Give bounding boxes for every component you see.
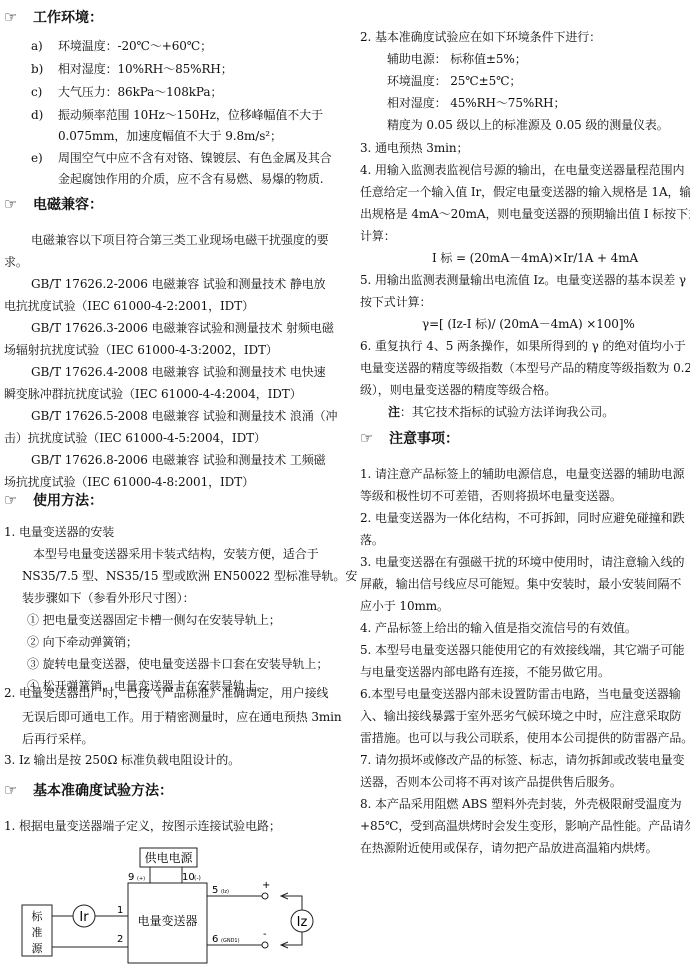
terminal-5: 5 — [212, 885, 218, 896]
env-item-b-text: 相对湿度：10%RH～85%RH； — [58, 61, 233, 77]
pointing-hand-icon: ☞ — [4, 492, 24, 508]
ir-meter-label: Ir — [79, 910, 89, 925]
note-item-5: 5. 本型号电量变送器只能使用它的有效接线端，其它端子可能 — [360, 642, 684, 658]
accuracy-item-6-cont-2: 级），则电量变送器的精度等级合格。 — [360, 382, 556, 398]
terminal-5-sub: (Iz) — [221, 889, 229, 895]
accuracy-item-3: 3. 通电预热 3min； — [360, 140, 468, 156]
emc-standard-2-cont: 场辐射抗扰度试验（IEC 61000-4-3:2002，IDT） — [4, 342, 278, 358]
note-item-7: 7. 请勿损坏或修改产品的标签、标志，请勿拆卸或改装电量变 — [360, 752, 684, 768]
accuracy-condition-2: 环境温度： 25℃±5℃； — [387, 73, 521, 89]
usage-item-2-cont: 无误后即可通电工作。用于精密测量时，应在通电预热 3min — [22, 709, 342, 725]
env-item-c-text: 大气压力：86kPa～108kPa； — [58, 84, 222, 100]
note-item-6-cont-1: 入、输出接线暴露于室外恶劣气候环境之中时，应注意采取防 — [360, 708, 681, 724]
accuracy-item-4-cont-1: 任意给定一个输入值 Ir，假定电量变送器的输入规格是 1A，输 — [360, 184, 690, 200]
emc-standard-1-cont: 电抗扰度试验（IEC 61000-4-2:2001，IDT） — [4, 298, 254, 314]
note-label: 注 — [388, 405, 400, 419]
section-notes-heading: ☞注意事项： — [360, 430, 459, 447]
env-item-c: c) — [31, 84, 42, 100]
section-env-heading: ☞工作环境： — [4, 9, 103, 26]
source-label-2: 准 — [32, 925, 43, 939]
accuracy-item-4-cont-3: 计算： — [360, 228, 396, 244]
section-emc-heading: ☞电磁兼容： — [4, 196, 103, 213]
pointing-hand-icon: ☞ — [4, 782, 24, 798]
accuracy-item-6-cont-1: 电量变送器的精度等级指数（本型号产品的精度等级指数为 0.2 — [360, 360, 690, 376]
accuracy-item-6: 6. 重复执行 4、5 两条操作，如果所得到的 γ 的绝对值均小于 — [360, 338, 686, 354]
env-item-e-text-2: 金起腐蚀作用的介质，应不含有易燃、易爆的物质. — [58, 171, 324, 187]
test-circuit-diagram: 供电电源 电量变送器 9 (+) 10 (-) 5 (Iz) 6 (GND1) … — [0, 840, 345, 968]
env-item-a-text: 环境温度：-20℃～+60℃； — [58, 38, 212, 54]
emc-standard-5: GB/T 17626.8-2006 电磁兼容 试验和测量技术 工频磁 — [31, 452, 326, 468]
section-accuracy-heading: ☞基本准确度试验方法： — [4, 782, 173, 799]
note-text: ：其它技术指标的试验方法详询我公司。 — [400, 405, 614, 419]
section-title: 使用方法： — [33, 493, 103, 509]
accuracy-condition-4: 精度为 0.05 级以上的标准源及 0.05 级的测量仪表。 — [387, 117, 669, 133]
note-item-8-cont-2: 在热源附近使用或保存，请勿把产品放进高温箱内烘烤。 — [360, 840, 658, 856]
note-item-8-cont-1: +85℃，受到高温烘烤时会发生变形，影响产品性能。产品请勿 — [360, 818, 690, 834]
env-item-e: e) — [31, 150, 43, 166]
note-item-2: 2. 电量变送器为一体化结构，不可拆卸，同时应避免碰撞和跌 — [360, 510, 684, 526]
usage-item-3: 3. Iz 输出是按 250Ω 标准负载电阻设计的。 — [4, 752, 240, 768]
accuracy-note: 注：其它技术指标的试验方法详询我公司。 — [388, 404, 614, 420]
terminal-10-sign: (-) — [194, 875, 201, 882]
pointing-hand-icon: ☞ — [360, 430, 380, 446]
note-item-8: 8. 本产品采用阻燃 ABS 塑料外壳封装，外壳极限耐受温度为 — [360, 796, 682, 812]
emc-standard-4-cont: 击）抗扰度试验（IEC 61000-4-5:2004，IDT） — [4, 430, 266, 446]
pointing-hand-icon: ☞ — [4, 196, 24, 212]
terminal-6-sub: (GND1) — [221, 938, 240, 944]
terminal-10: 10 — [182, 872, 195, 883]
accuracy-item-5: 5. 用输出监测表测量输出电流值 Iz。电量变送器的基本误差 γ — [360, 272, 686, 288]
source-label-1: 标 — [32, 909, 44, 923]
formula-basic-error: γ=[ (Iz-I 标)/ (20mA－4mA) ×100]% — [422, 316, 635, 332]
usage-install-title: 1. 电量变送器的安装 — [4, 524, 114, 540]
usage-item-2-cont-2: 后再行采样。 — [22, 731, 93, 747]
pointing-hand-icon: ☞ — [4, 9, 24, 25]
accuracy-item-5-cont: 按下式计算： — [360, 294, 431, 310]
terminal-1: 1 — [117, 905, 123, 916]
emc-standard-2: GB/T 17626.3-2006 电磁兼容试验和测量技术 射频电磁 — [31, 320, 334, 336]
note-item-3-cont-2: 应小于 10mm。 — [360, 598, 449, 614]
usage-step-2: ② 向下牵动弹簧销； — [27, 634, 138, 650]
accuracy-condition-1: 辅助电源： 标称值±5%； — [387, 51, 527, 67]
emc-standard-3-cont: 瞬变脉冲群抗扰度试验（IEC 61000-4-4:2004，IDT） — [4, 386, 302, 402]
transmitter-label: 电量变送器 — [137, 913, 197, 928]
accuracy-item-2: 2. 基本准确度试验应在如下环境条件下进行： — [360, 29, 601, 45]
note-item-4: 4. 产品标签上给出的输入值是指交流信号的有效值。 — [360, 620, 637, 636]
iz-meter-label: Iz — [297, 915, 308, 930]
env-item-d-text: 振动频率范围 10Hz～150Hz，位移峰幅值不大于 — [58, 107, 323, 123]
minus-sign: - — [263, 929, 267, 940]
accuracy-item-4: 4. 用输入监测表监视信号源的输出，在电量变送器量程范围内 — [360, 162, 684, 178]
note-item-6-cont-2: 雷措施。也可以与我公司联系，使用本公司提供的防雷器产品。 — [360, 730, 690, 746]
note-item-5-cont: 与电量变送器内部电路有连接，不能另做它用。 — [360, 664, 610, 680]
terminal-6: 6 — [212, 934, 218, 945]
section-title: 电磁兼容： — [33, 197, 103, 213]
env-item-a: a) — [31, 38, 43, 54]
note-item-1: 1. 请注意产品标签上的辅助电源信息，电量变送器的辅助电源 — [360, 466, 684, 482]
accuracy-item-4-cont-2: 出规格是 4mA～20mA，则电量变送器的预期输出值 I 标按下式 — [360, 206, 690, 222]
env-item-d: d) — [31, 107, 43, 123]
accuracy-condition-3: 相对湿度： 45%RH～75%RH； — [387, 95, 565, 111]
env-item-b: b) — [31, 61, 43, 77]
power-supply-label: 供电电源 — [144, 850, 193, 865]
section-title: 工作环境： — [33, 10, 103, 26]
emc-intro-2: 求。 — [4, 254, 28, 270]
accuracy-item-1: 1. 根据电量变送器端子定义，按图示连接试验电路； — [4, 818, 281, 834]
emc-standard-5-cont: 场抗扰度试验（IEC 61000-4-8:2001，IDT） — [4, 474, 254, 490]
emc-intro: 电磁兼容以下项目符合第三类工业现场电磁干扰强度的要 — [31, 232, 329, 248]
note-item-3: 3. 电量变送器在有强磁干扰的环境中使用时，请注意输入线的 — [360, 554, 684, 570]
note-item-7-cont: 送器，否则本公司将不再对该产品提供售后服务。 — [360, 774, 622, 790]
emc-standard-3: GB/T 17626.4-2008 电磁兼容 试验和测量技术 电快速 — [31, 364, 326, 380]
usage-step-1: ① 把电量变送器固定卡槽一侧勾在安装导轨上； — [27, 612, 281, 628]
section-title: 注意事项： — [389, 431, 459, 447]
source-label-3: 源 — [32, 942, 44, 955]
section-usage-heading: ☞使用方法： — [4, 492, 103, 509]
note-item-6: 6.本型号电量变送器内部未设置防雷击电路，当电量变送器输 — [360, 686, 681, 702]
plus-sign: + — [262, 880, 270, 891]
note-item-3-cont-1: 屏蔽，输出信号线应尽可能短。集中安装时，最小安装间隔不 — [360, 576, 681, 592]
env-item-e-text: 周围空气中应不含有对铬、镍镀层、有色金属及其合 — [58, 150, 332, 166]
note-item-1-cont: 等级和极性切不可差错，否则将损坏电量变送器。 — [360, 488, 622, 504]
note-item-2-cont: 落。 — [360, 532, 384, 548]
emc-standard-4: GB/T 17626.5-2008 电磁兼容 试验和测量技术 浪涌（冲 — [31, 408, 337, 424]
env-item-d-text-2: 0.075mm，加速度幅值不大于 9.8m/s²； — [58, 128, 282, 144]
terminal-9-sign: (+) — [137, 876, 145, 882]
usage-step-3: ③ 旋转电量变送器，使电量变送器卡口套在安装导轨上； — [27, 656, 328, 672]
section-title: 基本准确度试验方法： — [33, 783, 173, 799]
usage-item-2: 2. 电量变送器出厂时，已按《产品标准》准确调定，用户接线 — [4, 685, 328, 701]
terminal-2: 2 — [117, 934, 123, 945]
emc-standard-1: GB/T 17626.2-2006 电磁兼容 试验和测量技术 静电放 — [31, 276, 326, 292]
terminal-9: 9 — [128, 872, 134, 883]
formula-expected-output: I 标 = (20mA－4mA)×Ir/1A + 4mA — [432, 250, 638, 266]
usage-install-text-1: 本型号电量变送器采用卡装式结构，安装方便，适合于 — [33, 546, 319, 562]
usage-install-text-3: 装步骤如下（参看外形尺寸图）： — [22, 590, 195, 606]
usage-install-text-2: NS35/7.5 型、NS35/15 型或欧洲 EN50022 型标准导轨。安 — [22, 568, 357, 584]
